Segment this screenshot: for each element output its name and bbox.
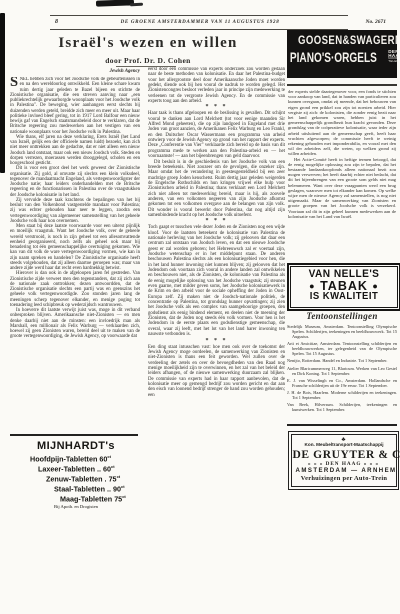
article-column-3: der experts stelde daartegenover voor, e… xyxy=(288,89,396,259)
ad-goosen-phone: TELEF. 116 xyxy=(388,60,397,63)
exhibitions-heading: Tentoonstellingen xyxy=(287,311,397,321)
paragraph: Haar taak is thans afgeloopen en de besl… xyxy=(148,111,285,159)
paragraph: In hoeverre dit laatste verwijt juist wa… xyxy=(10,308,140,340)
article-column-2: eerst door een commissie van experts ond… xyxy=(148,67,285,503)
paragraph: Een ding staat intusschen vast: hoe men … xyxy=(148,345,285,398)
masthead: DE GROENE AMSTERDAMMER VAN 11 AUGUSTUS 1… xyxy=(55,20,345,25)
ad-mijnhardt-item: Laxeer-Tabletten .. 60ct xyxy=(10,463,142,473)
ad-mijnhardt-heading: MIJNHARDT's xyxy=(10,440,142,452)
section-separator: * * * xyxy=(148,218,285,225)
scan-artifact-left-bar xyxy=(0,13,5,173)
paragraph: der experts stelde daartegenover voor, e… xyxy=(288,89,396,157)
section-separator: * * * xyxy=(148,338,285,345)
ad-de-gruyter-name: DE GRUYTER & Co. xyxy=(293,449,395,461)
ad-goosen-products-text: PIANO'S·ORGELS xyxy=(290,49,377,65)
exhibition-item: Atelier Blaricummerweg 11, Blaricum. Wer… xyxy=(287,366,397,376)
dot-ornament: ● xyxy=(372,281,378,291)
section-separator: * * * xyxy=(148,104,285,111)
paragraph: Hierover is dan ook in de afgeloopen jar… xyxy=(10,271,140,308)
paragraph: Dit is voor een groot deel het werk gewe… xyxy=(10,166,140,198)
paragraph: Het Actie-Comité heeft in heftige termen… xyxy=(288,157,396,219)
right-column-rule xyxy=(287,84,397,86)
ad-de-gruyter: ♣ Kon. Meubeltransport-Maatschappij DE G… xyxy=(288,431,399,490)
paragraph: Men staat bij deze laatste voorwaarde vo… xyxy=(10,224,140,271)
exhibitions-list: Stedelijk Museum, Amsterdam. Tentoonstel… xyxy=(287,324,397,414)
scan-artifact-top-blob xyxy=(96,0,134,7)
ad-de-gruyter-inner: ♣ Kon. Meubeltransport-Maatschappij DE G… xyxy=(291,434,397,488)
ad-mijnhardt-item: Zenuw-Tabletten . 75ct xyxy=(10,473,142,483)
article-column-1: SNEL hebben zich voor het Joodsche volk … xyxy=(10,77,140,430)
gruyter-top-rule xyxy=(287,424,397,426)
ad-van-nelle-brand: VAN NELLE'S xyxy=(293,268,394,280)
ad-goosen-swagerman: GOOSEN&SWAGERMAN PIANO'S·ORGELS DEN HAAG… xyxy=(287,30,397,78)
drop-cap: S xyxy=(10,77,20,88)
ad-goosen-name: GOOSEN&SWAGERMAN xyxy=(298,33,386,47)
paragraph: Toch gaapt er tusschen vele dezer Joden … xyxy=(148,225,285,337)
ad-mijnhardt-item: Hoofdpijn-Tabletten 60ct xyxy=(10,453,142,463)
ad-mijnhardt: MIJNHARDT's Hoofdpijn-Tabletten 60ct Lax… xyxy=(10,440,142,509)
exhibition-item: Stedelijk Museum, Amsterdam. Tentoonstel… xyxy=(287,324,397,339)
ad-goosen-products: PIANO'S·ORGELS DEN HAAG NOORDEINDE TELEF… xyxy=(287,49,397,65)
paragraph: Wie thans, elf jaren na deze verklaring,… xyxy=(10,135,140,167)
ad-mijnhardt-footer: Bij Apoth. en Drogisten xyxy=(10,504,142,509)
article-byline: door Prof. Dr. D. Cohen xyxy=(10,56,286,65)
issue-number: No. 2671 xyxy=(366,19,386,25)
column-divider-rule xyxy=(10,434,138,436)
scan-artifact-top-blob-small xyxy=(130,3,143,7)
ad-van-nelle-slogan: IS KWALITEIT xyxy=(292,292,397,302)
paragraph: Zij vervulde deze taak krachtens de bepa… xyxy=(10,198,140,224)
exhibition-item: J. H. de Bois, Haarlem. Moderne schilder… xyxy=(287,390,397,400)
article-kicker: Jewish Agency xyxy=(10,69,140,74)
exhibition-item: E. J. van Wisselingh en Co., Amsterdam. … xyxy=(287,378,397,388)
ad-goosen-address-block: DEN HAAG NOORDEINDE TELEF. 116 xyxy=(388,50,397,64)
paragraph: Dit besluit is in de geschiedenis van he… xyxy=(148,160,285,219)
ad-mijnhardt-item: Maag-Tabletten 75ct xyxy=(10,493,142,503)
header-rule-top xyxy=(50,15,348,16)
ad-mijnhardt-item: Staal-Tabletten .. 90ct xyxy=(10,483,142,493)
exhibition-item: Van Beek, Hilversum. Schilderijen, teeke… xyxy=(287,402,397,412)
newspaper-page: 8 DE GROENE AMSTERDAMMER VAN 11 AUGUSTUS… xyxy=(0,0,400,614)
ad-de-gruyter-service: Verhuizingen per Auto-Trein xyxy=(294,475,393,483)
exhibition-item: Nenijto, Rotterdam. Handel en Industrie.… xyxy=(287,358,397,363)
paragraph: eerst door een commissie van experts ond… xyxy=(148,67,285,104)
exhibition-item: Arti et Amicitiae, Amsterdam. Tentoonste… xyxy=(287,341,397,356)
paragraph: SNEL hebben zich voor het Joodsche volk … xyxy=(10,77,140,135)
article-title: Israël's wezen en willen xyxy=(10,35,286,52)
ad-de-gruyter-branches: AMSTERDAM — ARNHEM xyxy=(295,467,392,475)
ad-van-nelle: VAN NELLE'S ● TABAK ● IS KWALITEIT xyxy=(287,263,400,311)
ad-de-gruyter-subtitle: Kon. Meubeltransport-Maatschappij xyxy=(295,443,392,449)
dot-ornament: ● xyxy=(309,281,315,291)
